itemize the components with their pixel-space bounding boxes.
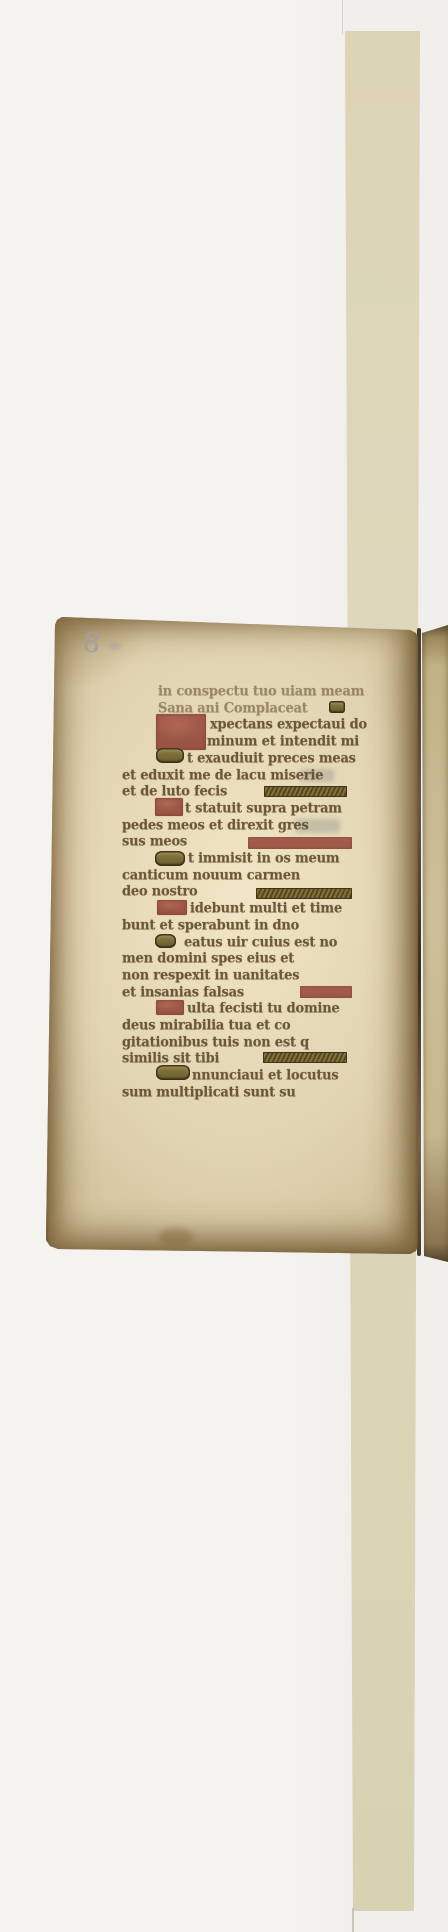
line-filler-red: [248, 837, 352, 849]
rubric-initial-panel: [157, 900, 187, 915]
gold-initial-panel: [156, 748, 184, 763]
conjoint-leaf-edge: [420, 624, 448, 1262]
line-filler-gold: [256, 888, 352, 899]
text-line: gitationibus tuis non est q: [122, 1035, 309, 1051]
rubric-initial-panel-2line: [156, 714, 206, 750]
gold-line-end-mark: [329, 701, 345, 713]
text-line: bunt et sperabunt in dno: [122, 918, 299, 934]
stain-spot: [158, 1228, 194, 1246]
text-line: in conspectu tuo uiam meam: [158, 684, 364, 700]
rubric-initial-panel: [156, 1000, 184, 1015]
text-line: similis sit tibi: [122, 1051, 219, 1067]
pencil-smudge: [109, 642, 121, 650]
text-line: ulta fecisti tu domine: [187, 1001, 340, 1017]
text-line: pedes meos et direxit gres: [122, 818, 309, 834]
text-line: et de luto fecis: [122, 784, 227, 800]
backing-sheet-edge-line: [342, 0, 343, 34]
guard-strip-tail-line: [352, 1908, 354, 1932]
text-line: et insanias falsas: [122, 985, 244, 1001]
text-line: nnunciaui et locutus: [192, 1068, 339, 1084]
text-line: xpectans expectaui do: [210, 717, 367, 733]
manuscript-photo-scene: 8 in conspectu tuo uiam meam Sana ani Co…: [0, 0, 448, 1932]
folio-number-pencil: 8: [82, 627, 101, 659]
gold-initial-panel: [155, 934, 176, 948]
text-line: sus meos: [122, 834, 187, 850]
line-filler-red: [300, 986, 352, 998]
text-line: deus mirabilia tua et co: [122, 1018, 290, 1034]
text-line: t statuit supra petram: [185, 801, 342, 817]
line-filler-gold: [264, 786, 347, 797]
text-line: t exaudiuit preces meas: [187, 751, 356, 767]
text-line: Sana ani Complaceat: [158, 701, 308, 717]
text-line: et eduxit me de lacu miserie: [122, 768, 323, 784]
text-line: non respexit in uanitates: [122, 968, 299, 984]
text-line: t immisit in os meum: [188, 851, 339, 867]
text-line: men domini spes eius et: [122, 951, 294, 967]
gold-initial-panel: [155, 851, 185, 866]
rubric-initial-panel: [155, 798, 183, 816]
text-line: eatus uir cuius est no: [184, 935, 337, 951]
manuscript-leaf: 8 in conspectu tuo uiam meam Sana ani Co…: [45, 610, 419, 1256]
text-line: minum et intendit mi: [207, 734, 359, 750]
text-line: idebunt multi et time: [190, 901, 342, 917]
text-line: canticum nouum carmen: [122, 868, 300, 884]
line-filler-gold: [263, 1052, 347, 1063]
text-line: deo nostro: [122, 884, 198, 900]
text-line: sum multiplicati sunt su: [122, 1085, 296, 1101]
gold-initial-panel: [156, 1065, 190, 1080]
